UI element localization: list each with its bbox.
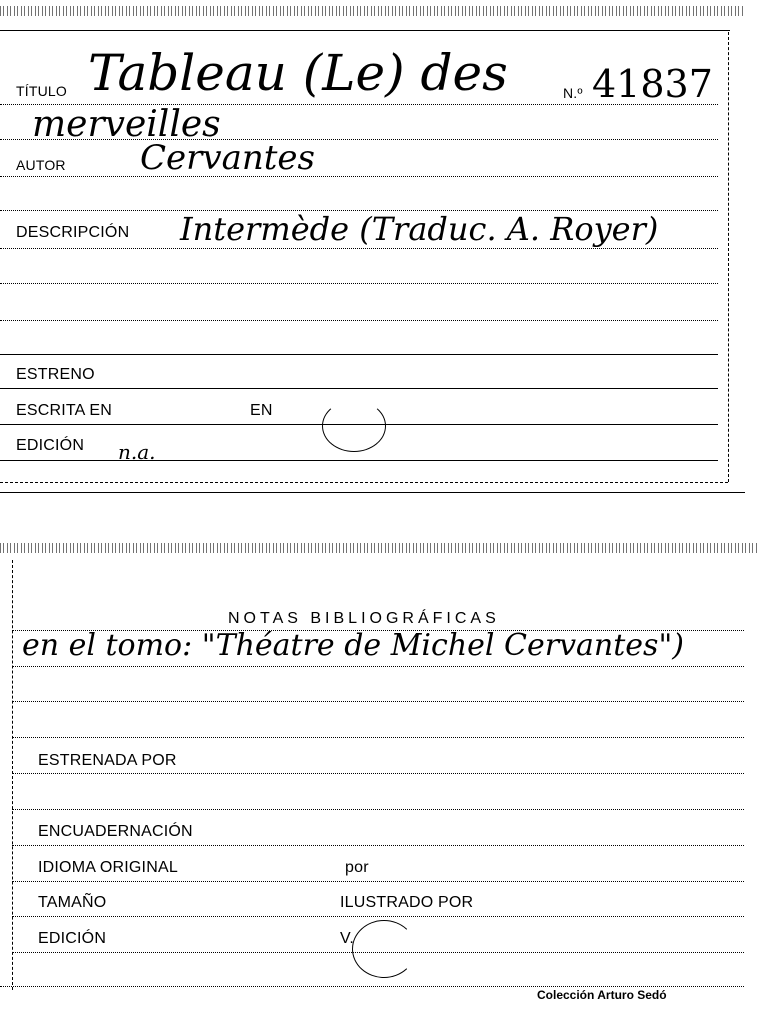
descripcion-line (0, 248, 718, 249)
encuadernacion-line (12, 845, 744, 846)
idioma-original-line (12, 881, 744, 882)
descripcion-line-2 (0, 283, 718, 284)
estreno-line (0, 388, 718, 389)
notas-line-3 (12, 701, 744, 702)
back-card-top-edge-texture (0, 543, 759, 553)
encuadernacion-label: ENCUADERNACIÓN (38, 823, 193, 841)
escrita-en-label: ESCRITA EN (16, 402, 112, 420)
titulo-label: TÍTULO (16, 83, 67, 99)
notas-bibliograficas-heading: NOTAS BIBLIOGRÁFICAS (228, 610, 500, 628)
en-label: EN (250, 402, 273, 420)
tamano-label: TAMAÑO (38, 894, 106, 912)
stamp-mark-back (352, 920, 416, 978)
notas-line-4 (12, 737, 744, 738)
back-card-left-border (12, 560, 13, 990)
autor-label: AUTOR (16, 157, 66, 173)
tamano-line (12, 916, 744, 917)
estreno-label: ESTRENO (16, 366, 95, 384)
estreno-top-line (0, 354, 718, 355)
collection-footer: Colección Arturo Sedó (537, 988, 667, 1002)
por-label: por (345, 859, 369, 877)
numero-label: N.º (563, 85, 583, 101)
autor-line (0, 176, 718, 177)
ilustrado-por-label: ILUSTRADO POR (340, 894, 473, 912)
descripcion-value: Intermède (Traduc. A. Royer) (180, 210, 658, 248)
back-card-bottom-line (0, 986, 744, 987)
numero-value: 41837 (592, 62, 713, 106)
edicion-label: EDICIÓN (16, 437, 84, 455)
notas-value: en el tomo: "Théatre de Michel Cervantes… (22, 628, 684, 663)
estrenada-por-line-2 (12, 809, 744, 810)
edicion-line (0, 460, 718, 461)
card-right-border (728, 32, 729, 482)
titulo-value: Tableau (Le) des (88, 44, 508, 102)
escrita-en-line (0, 424, 718, 425)
edicion-label-back: EDICIÓN (38, 930, 106, 948)
autor-value: Cervantes (140, 138, 315, 178)
notas-line-2 (12, 666, 744, 667)
idioma-original-label: IDIOMA ORIGINAL (38, 859, 178, 877)
card-top-border (0, 30, 730, 31)
card-bottom-dashed-line (0, 482, 728, 483)
stamp-mark (322, 400, 386, 452)
card-bottom-border (0, 492, 745, 493)
edicion-line-back (12, 952, 744, 953)
estrenada-por-label: ESTRENADA POR (38, 752, 177, 770)
titulo-line-2 (0, 139, 718, 140)
descripcion-label: DESCRIPCIÓN (16, 224, 129, 242)
card-top-edge-texture (0, 6, 745, 16)
descripcion-line-3 (0, 320, 718, 321)
estrenada-por-line (12, 773, 744, 774)
